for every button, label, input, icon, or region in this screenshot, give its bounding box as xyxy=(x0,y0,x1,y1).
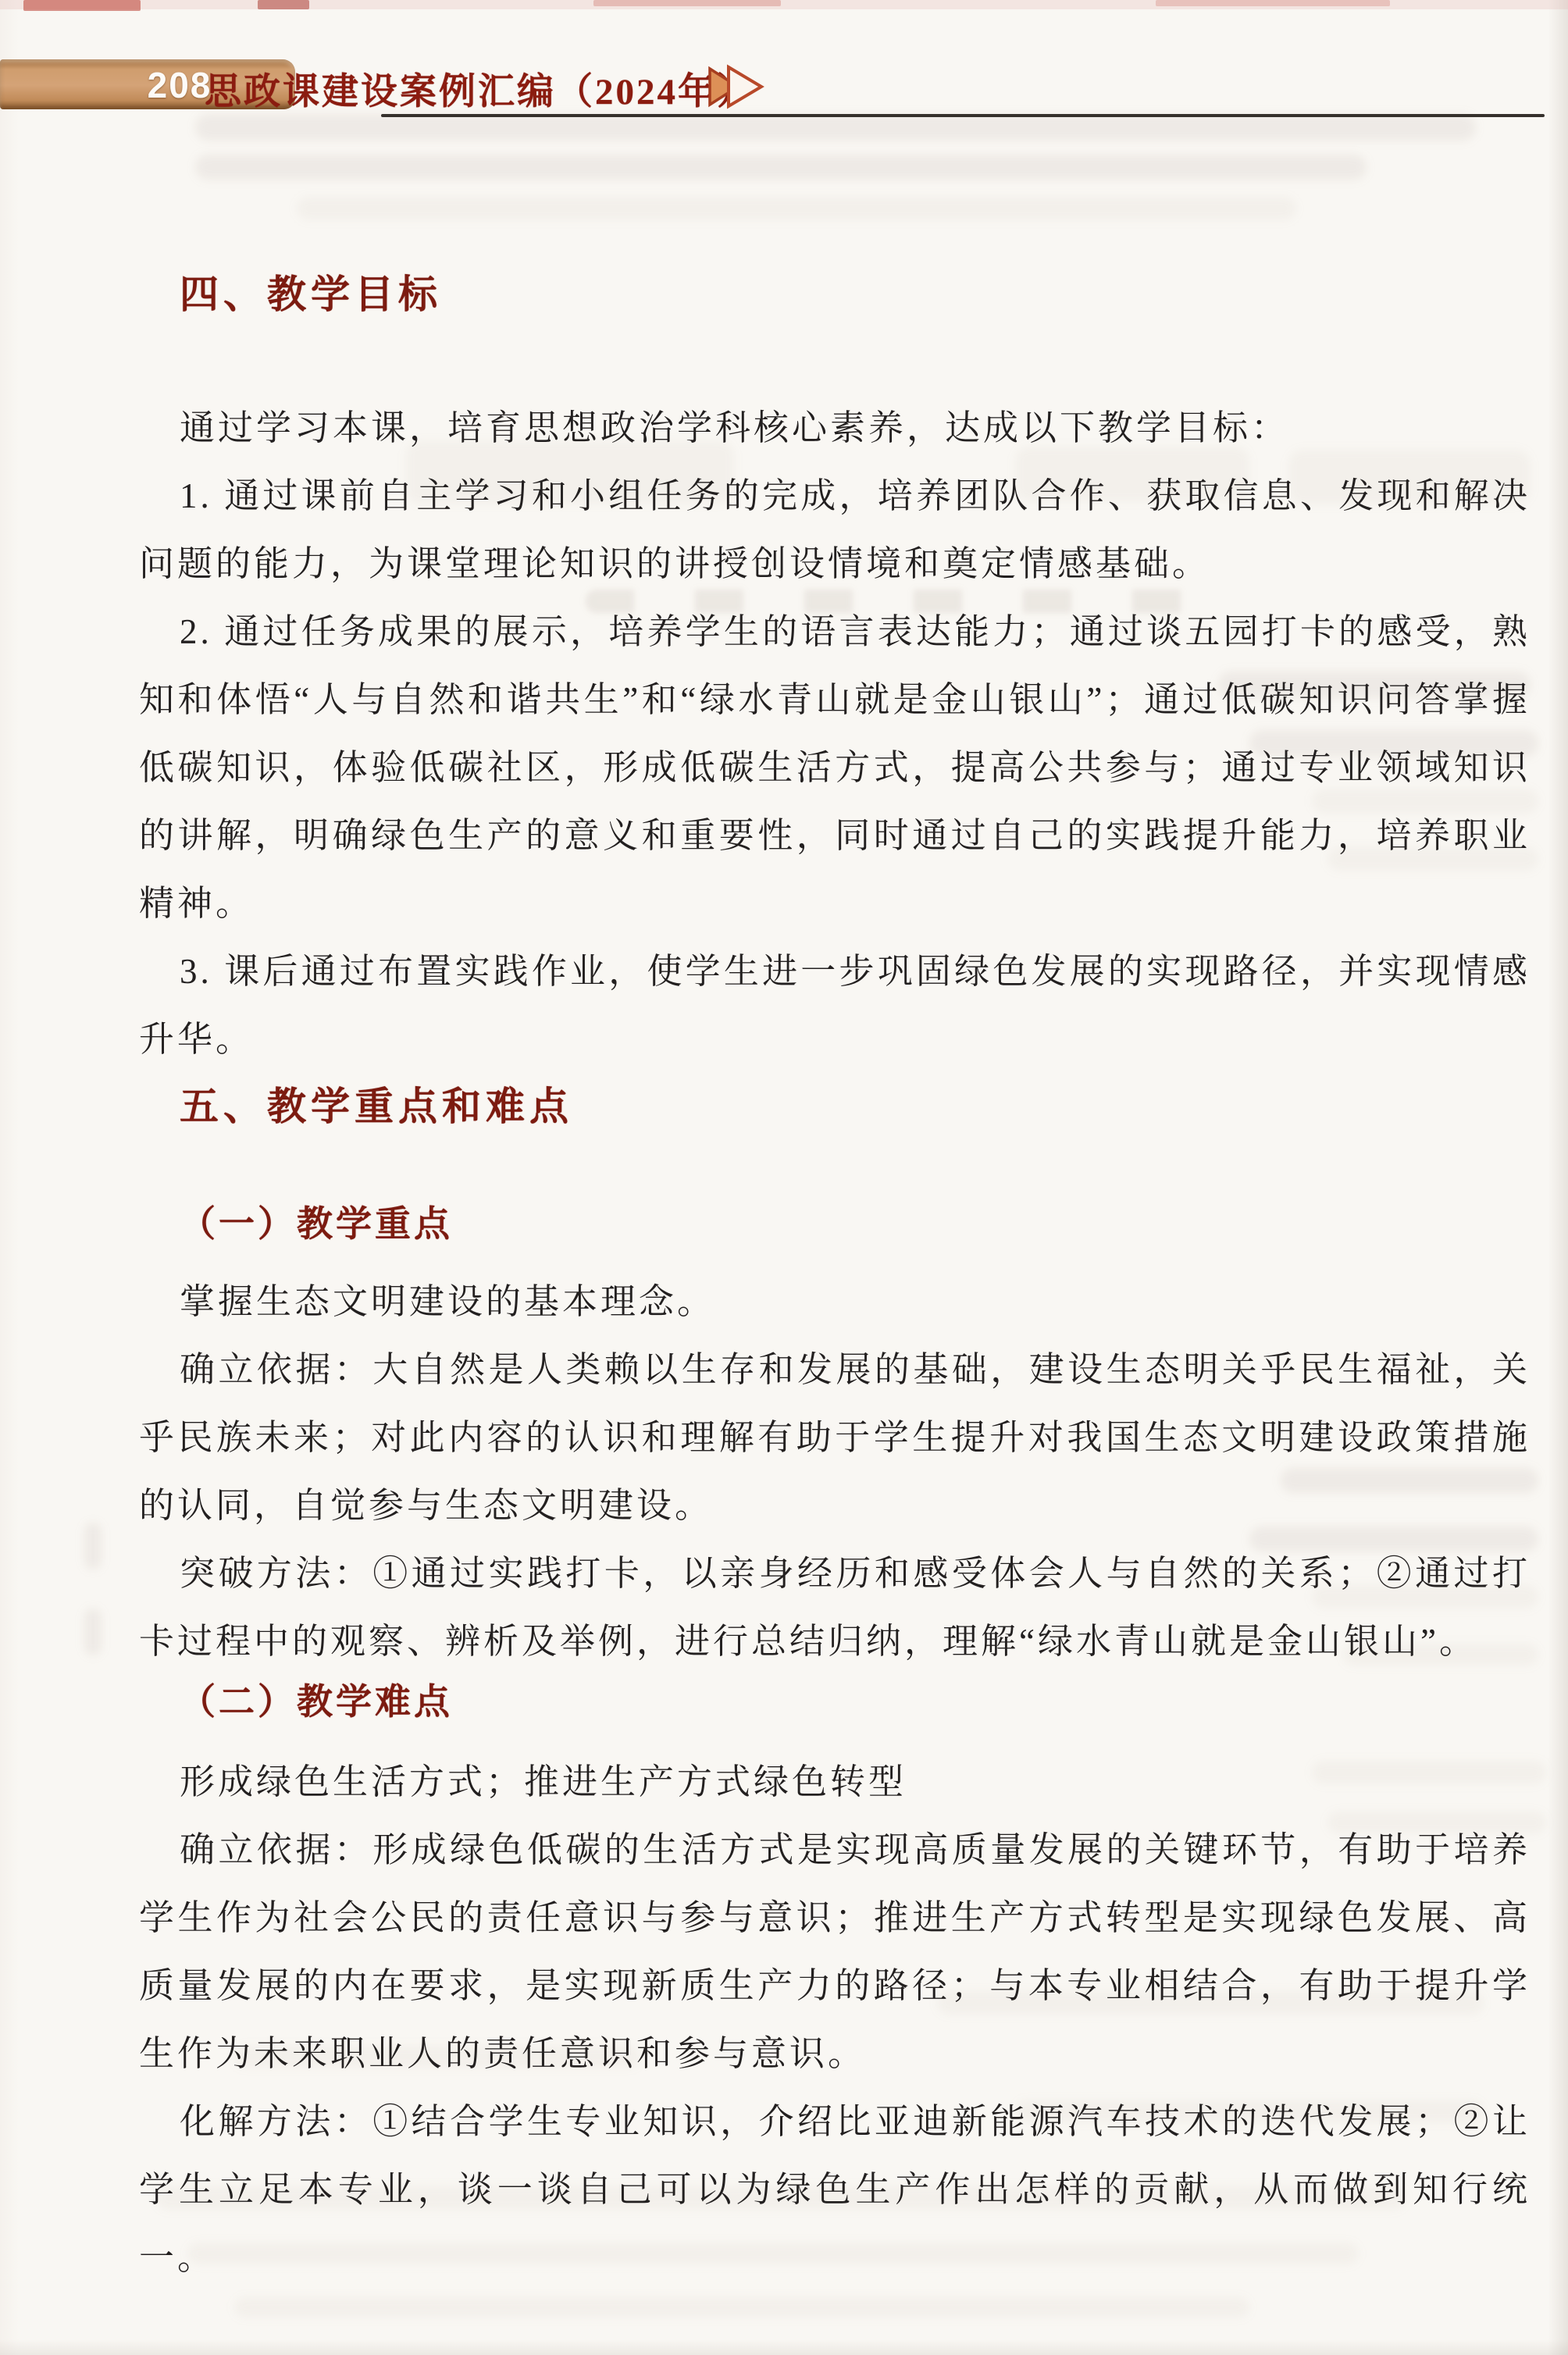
bleed-through-line xyxy=(195,114,1476,141)
double-right-arrow-icon xyxy=(705,64,768,109)
paragraph-keypoint-method: 突破方法：①通过实践打卡，以亲身经历和感受体会人与自然的关系；②通过打卡过程中的… xyxy=(139,1540,1531,1676)
bleed-through-line xyxy=(195,155,1367,180)
paragraph-objective-1: 1. 通过课前自主学习和小组任务的完成，培养团队合作、获取信息、发现和解决问题的… xyxy=(139,462,1531,598)
paragraph-difficulty-basis: 确立依据：形成绿色低碳的生活方式是实现高质量发展的关键环节，有助于培养学生作为社… xyxy=(139,1816,1531,2088)
paragraph-objectives-intro: 通过学习本课，培育思想政治学科核心素养，达成以下教学目标： xyxy=(139,394,1531,462)
bleed-through-mark xyxy=(84,1609,102,1655)
double-right-arrow-svg xyxy=(705,64,768,109)
section-heading-key-points-difficulties: 五、教学重点和难点 xyxy=(180,1087,1531,1126)
header-rule xyxy=(381,114,1545,117)
subsection-heading-difficulties: （二）教学难点 xyxy=(180,1684,1531,1720)
book-title: 思政课建设案例汇编（2024年） xyxy=(205,62,756,115)
paragraph-difficulty-method: 化解方法：①结合学生专业知识，介绍比亚迪新能源汽车技术的迭代发展；②让学生立足本… xyxy=(139,2088,1531,2292)
scan-red-mark xyxy=(1156,0,1390,6)
section-heading-teaching-objectives: 四、教学目标 xyxy=(180,275,1531,314)
book-page-scan: 208 思政课建设案例汇编（2024年） 四、教学目标 通过学习本课，培育思想政… xyxy=(0,0,1568,2355)
subsection-heading-key-points: （一）教学重点 xyxy=(180,1206,1531,1242)
bleed-through-line xyxy=(234,2297,1249,2318)
scan-red-mark xyxy=(23,0,141,11)
paragraph-keypoint-concept: 掌握生态文明建设的基本理念。 xyxy=(139,1268,1531,1336)
bleed-through-mark xyxy=(84,1523,102,1569)
bleed-through-line xyxy=(297,197,1296,220)
paragraph-difficulty-statement: 形成绿色生活方式；推进生产方式绿色转型 xyxy=(139,1748,1531,1816)
paragraph-keypoint-basis: 确立依据：大自然是人类赖以生存和发展的基础，建设生态明关乎民生福祉，关乎民族未来… xyxy=(139,1336,1531,1540)
paragraph-objective-3: 3. 课后通过布置实践作业，使学生进一步巩固绿色发展的实现路径，并实现情感升华。 xyxy=(139,938,1531,1074)
paragraph-objective-2: 2. 通过任务成果的展示，培养学生的语言表达能力；通过谈五园打卡的感受，熟知和体… xyxy=(139,598,1531,938)
scan-red-mark xyxy=(258,0,309,9)
scan-red-mark xyxy=(593,0,781,6)
page-content: 四、教学目标 通过学习本课，培育思想政治学科核心素养，达成以下教学目标： 1. … xyxy=(139,275,1531,2292)
